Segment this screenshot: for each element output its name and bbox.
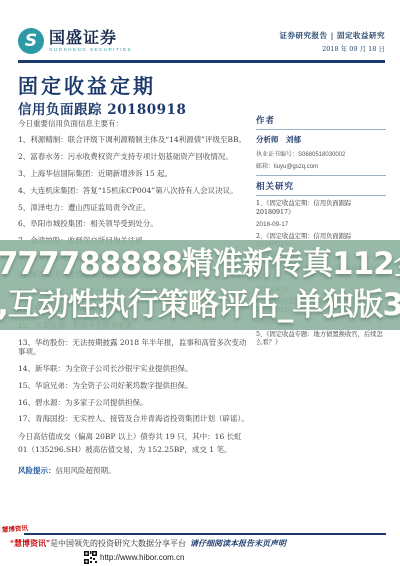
qr-code-icon	[84, 551, 97, 564]
negative-item: 6、阜阳市城投集团：相关领导受到处分。	[18, 219, 250, 228]
related-research-item: 1、《固定收益定期：信用负面跟踪 20180917》2018-09-17	[256, 200, 386, 228]
brand-name: 国盛证券	[49, 30, 132, 46]
related-research-title: 5、《固定收益专题：地方债置换收官，后续怎么看？》	[256, 331, 386, 349]
overlay-text-line1: 7777788888精准新传真112全	[0, 244, 400, 285]
overlay-banner: 7777788888精准新传真112全 ,互动性执行策略评估_单独版3	[0, 240, 400, 330]
risk-text: 信用风险超预期。	[56, 466, 116, 475]
negative-item: 4、大连机床集团：答复“15机床CP004”第八次持有人会议决议。	[18, 186, 250, 195]
report-date: 2018 年 09 月 18 日	[280, 44, 385, 53]
footer-divider	[24, 533, 386, 535]
guosheng-logo-icon	[18, 28, 44, 54]
negative-item: 15、华谊兄弟：为全资子公司好莱坞数字提供担保。	[18, 381, 250, 390]
brand-name-en: GUOSHENG SECURITIES	[49, 48, 132, 53]
analyst-email: 邮箱：liuyu@gszq.com	[256, 161, 386, 170]
negative-item: 2、富春水务：污水收费权资产支持专项计划基础资产回收情况。	[18, 152, 250, 161]
intro-line: 今日重要信用负面信息主要有：	[18, 118, 250, 129]
risk-line: 风险提示：信用风险超预期。	[18, 465, 250, 476]
header-divider	[18, 60, 385, 63]
analyst-license: 执业证书编号：S0680518030002	[256, 149, 386, 158]
footer-disclaimer: “慧博资讯”是中国领先的投资研究大数据分享平台请仔细阅读本报告末页声明	[10, 538, 396, 549]
footer-notice-text: 请仔细阅读本报告末页声明	[190, 539, 286, 548]
related-research-item: 5、《固定收益专题：地方债置换收官，后续怎么看？》	[256, 331, 386, 349]
report-meta: 证券研究报告 | 固定收益研究 2018 年 09 月 18 日	[280, 30, 385, 53]
report-page: 国盛证券 GUOSHENG SECURITIES 证券研究报告 | 固定收益研究…	[0, 0, 400, 566]
risk-label: 风险提示：	[18, 466, 56, 475]
sidebar-divider	[256, 175, 386, 176]
negative-item: 13、华纺股份：无法按期披露 2018 年半年报，监事和高管多次变动事项。	[18, 338, 250, 357]
analyst-name: 分析师 刘郁	[256, 134, 386, 145]
negative-item: 17、青海国投：无实控人、接管及合并青海省投资集团计划（辟谣）。	[18, 414, 250, 423]
negative-item: 5、漳泽电力：遭山西证监局责令改正。	[18, 203, 250, 212]
related-research-title: 1、《固定收益定期：信用负面跟踪 20180917》	[256, 200, 386, 218]
negative-item: 16、碧水源：为多家子公司提供担保。	[18, 398, 250, 407]
footer-link-row: http://www.hibor.com.cn	[84, 551, 184, 564]
valuation-summary: 今日高估值成交（偏离 20BP 以上）债券共 19 只，其中：16 长虹 01（…	[18, 431, 250, 457]
hibor-url-link[interactable]: http://www.hibor.com.cn	[100, 553, 184, 562]
footer-platform-text: 是中国领先的投资研究大数据分享平台	[50, 539, 186, 548]
overlay-text-line2: ,互动性执行策略评估_单独版3	[0, 285, 400, 326]
related-heading: 相关研究	[256, 180, 386, 196]
page-subtitle: 信用负面跟踪 20180918	[18, 98, 186, 118]
author-heading: 作者	[256, 114, 386, 130]
negative-item: 1、利源精制：联合评级下调利源精制主体及“14利源债”评级至BB。	[18, 135, 250, 144]
related-research-date: 2018-09-17	[256, 221, 386, 228]
hibor-brand-text: “慧博资讯”	[10, 539, 50, 548]
negative-item: 14、新华联：为全资子公司长沙银宇实业提供担保。	[18, 364, 250, 373]
negative-item: 3、上海华信国际集团：近期新增涉诉 15 起。	[18, 169, 250, 178]
page-title: 固定收益定期	[18, 70, 156, 99]
report-category: 证券研究报告 | 固定收益研究	[280, 30, 385, 41]
brand-logo: 国盛证券 GUOSHENG SECURITIES	[18, 28, 132, 54]
